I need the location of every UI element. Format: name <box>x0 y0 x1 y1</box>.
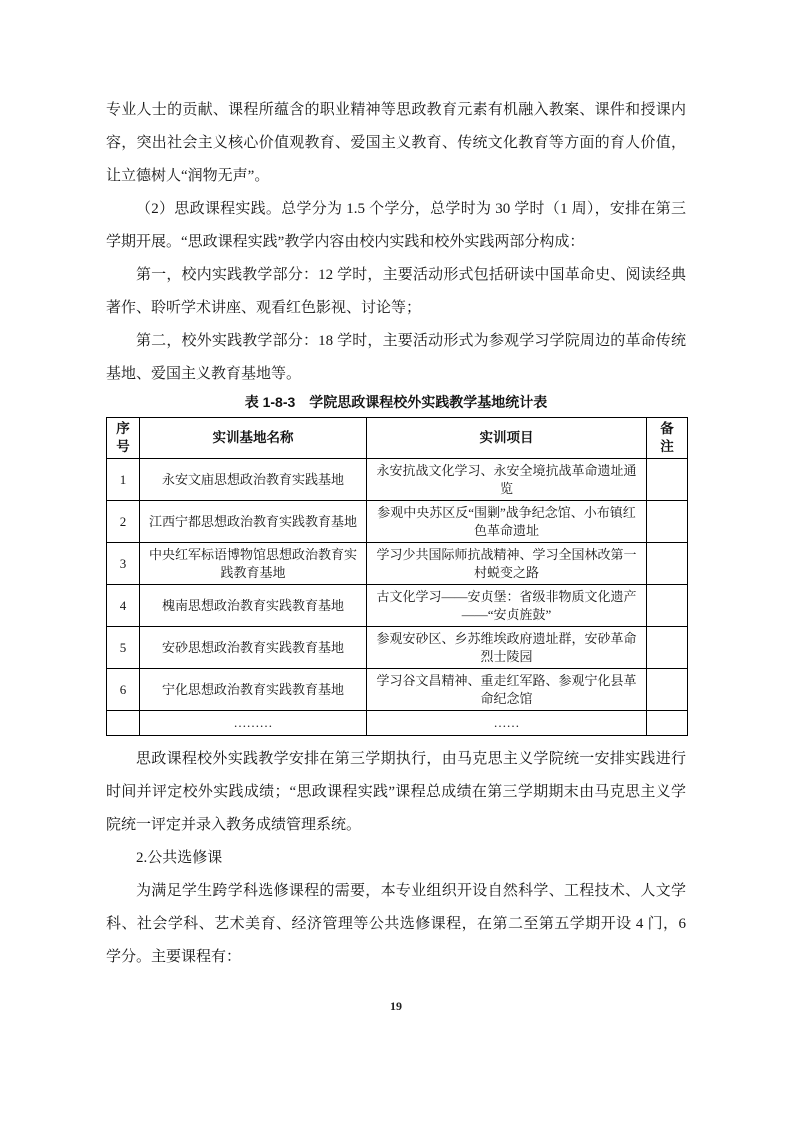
cell-project: 学习谷文昌精神、重走红军路、参观宁化县革命纪念馆 <box>367 669 647 711</box>
cell-note <box>647 501 688 543</box>
table-row: 2 江西宁都思想政治教育实践教育基地 参观中央苏区反“围剿”战争纪念馆、小布镇红… <box>107 501 688 543</box>
paragraph-szkc-practice: （2）思政课程实践。总学分为 1.5 个学分，总学时为 30 学时（1 周），安… <box>106 193 686 259</box>
page-content: 专业人士的贡献、课程所蕴含的职业精神等思政教育元素有机融入教案、课件和授课内容，… <box>106 94 686 974</box>
cell-note <box>647 669 688 711</box>
practice-base-table: 序号 实训基地名称 实训项目 备注 1 永安文庙思想政治教育实践基地 永安抗战文… <box>106 417 688 736</box>
header-cell-index: 序号 <box>107 418 140 459</box>
cell-project: 古文化学习——安贞堡：省级非物质文化遗产 ——“安贞旌鼓” <box>367 585 647 627</box>
cell-note <box>647 627 688 669</box>
table-row: 6 宁化思想政治教育实践教育基地 学习谷文昌精神、重走红军路、参观宁化县革命纪念… <box>107 669 688 711</box>
cell-note <box>647 459 688 501</box>
cell-index: 4 <box>107 585 140 627</box>
cell-index: 2 <box>107 501 140 543</box>
cell-base-name: 江西宁都思想政治教育实践教育基地 <box>140 501 367 543</box>
header-cell-base-name: 实训基地名称 <box>140 418 367 459</box>
paragraph-on-campus-practice: 第一，校内实践教学部分：12 学时，主要活动形式包括研读中国革命史、阅读经典著作… <box>106 259 686 325</box>
table-row: 5 安砂思想政治教育实践教育基地 参观安砂区、乡苏维埃政府遗址群，安砂革命烈士陵… <box>107 627 688 669</box>
cell-index: 5 <box>107 627 140 669</box>
header-cell-note: 备注 <box>647 418 688 459</box>
cell-base-name: 中央红军标语博物馆思想政治教育实践教育基地 <box>140 543 367 585</box>
cell-note <box>647 585 688 627</box>
cell-project: 参观安砂区、乡苏维埃政府遗址群，安砂革命烈士陵园 <box>367 627 647 669</box>
header-cell-project: 实训项目 <box>367 418 647 459</box>
table-body: 1 永安文庙思想政治教育实践基地 永安抗战文化学习、永安全境抗战革命遗址通览 2… <box>107 459 688 736</box>
cell-index: 6 <box>107 669 140 711</box>
cell-base-name: 永安文庙思想政治教育实践基地 <box>140 459 367 501</box>
cell-base-name: 槐南思想政治教育实践教育基地 <box>140 585 367 627</box>
cell-note <box>647 711 688 736</box>
paragraph-practice-grading: 思政课程校外实践教学安排在第三学期执行，由马克思主义学院统一安排实践进行时间并评… <box>106 743 686 842</box>
cell-project: …… <box>367 711 647 736</box>
paragraph-public-electives: 为满足学生跨学科选修课程的需要，本专业组织开设自然科学、工程技术、人文学科、社会… <box>106 875 686 974</box>
cell-project: 参观中央苏区反“围剿”战争纪念馆、小布镇红色革命遗址 <box>367 501 647 543</box>
cell-index: 1 <box>107 459 140 501</box>
table-header-row: 序号 实训基地名称 实训项目 备注 <box>107 418 688 459</box>
table-row: ……… …… <box>107 711 688 736</box>
table-header: 序号 实训基地名称 实训项目 备注 <box>107 418 688 459</box>
table-row: 3 中央红军标语博物馆思想政治教育实践教育基地 学习少共国际师抗战精神、学习全国… <box>107 543 688 585</box>
page-number: 19 <box>0 999 792 1014</box>
table-row: 1 永安文庙思想政治教育实践基地 永安抗战文化学习、永安全境抗战革命遗址通览 <box>107 459 688 501</box>
heading-public-electives: 2.公共选修课 <box>106 842 686 875</box>
table-title: 表 1-8-3 学院思政课程校外实践教学基地统计表 <box>106 392 686 413</box>
paragraph-off-campus-practice: 第二，校外实践教学部分：18 学时，主要活动形式为参观学习学院周边的革命传统基地… <box>106 325 686 391</box>
cell-project: 学习少共国际师抗战精神、学习全国林改第一村蜕变之路 <box>367 543 647 585</box>
cell-index <box>107 711 140 736</box>
cell-note <box>647 543 688 585</box>
cell-project: 永安抗战文化学习、永安全境抗战革命遗址通览 <box>367 459 647 501</box>
cell-index: 3 <box>107 543 140 585</box>
cell-base-name: ……… <box>140 711 367 736</box>
table-row: 4 槐南思想政治教育实践教育基地 古文化学习——安贞堡：省级非物质文化遗产 ——… <box>107 585 688 627</box>
paragraph-course-ideology: 专业人士的贡献、课程所蕴含的职业精神等思政教育元素有机融入教案、课件和授课内容，… <box>106 94 686 193</box>
cell-base-name: 宁化思想政治教育实践教育基地 <box>140 669 367 711</box>
cell-base-name: 安砂思想政治教育实践教育基地 <box>140 627 367 669</box>
